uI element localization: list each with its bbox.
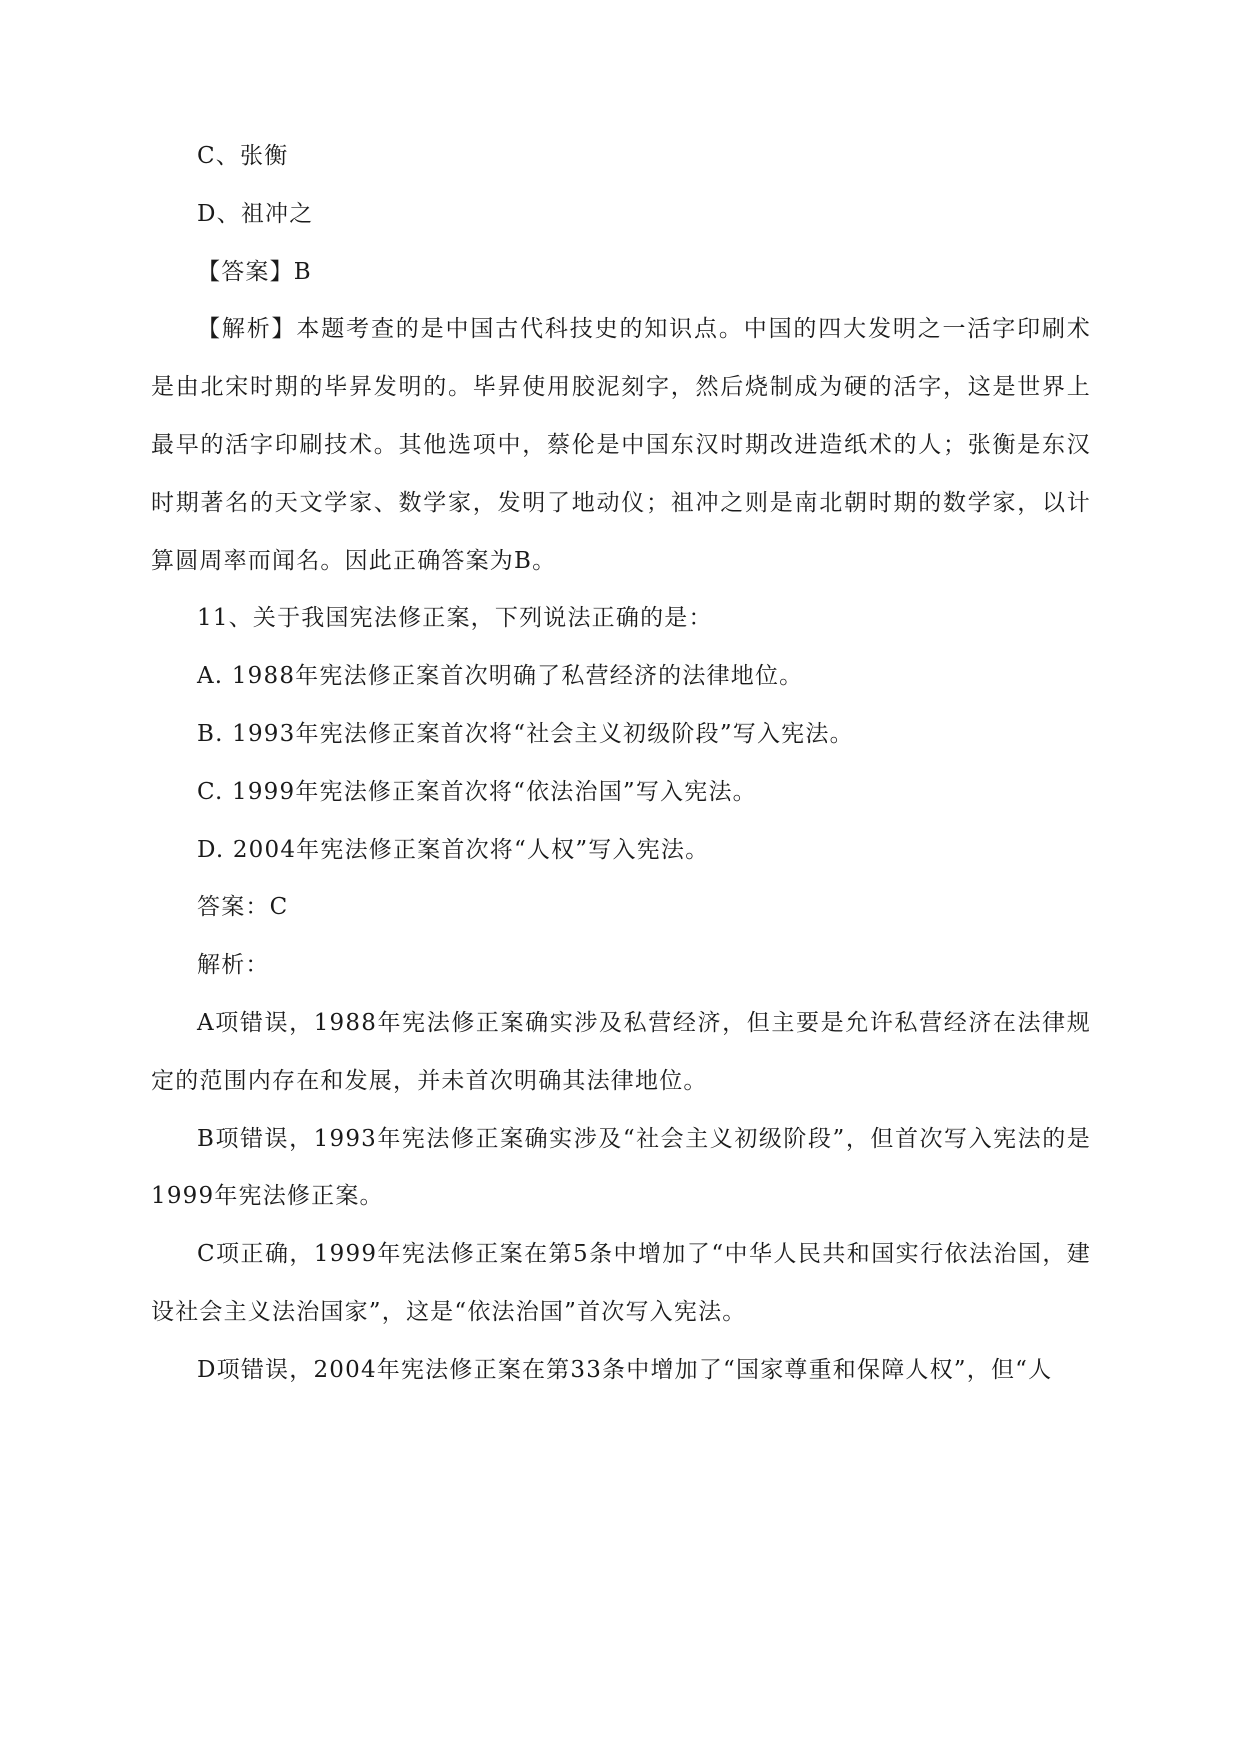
analysis-item-d: D项错误，2004年宪法修正案在第33条中增加了“国家尊重和保障人权”，但“人 xyxy=(151,1342,1091,1400)
question-11-option-b: B. 1993年宪法修正案首次将“社会主义初级阶段”写入宪法。 xyxy=(151,706,1091,764)
question-11-option-c: C. 1999年宪法修正案首次将“依法治国”写入宪法。 xyxy=(151,764,1091,822)
analysis-item-b: B项错误，1993年宪法修正案确实涉及“社会主义初级阶段”，但首次写入宪法的是1… xyxy=(151,1111,1091,1227)
answer-label: 【答案】B xyxy=(151,244,1091,302)
analysis-paragraph: 【解析】本题考查的是中国古代科技史的知识点。中国的四大发明之一活字印刷术是由北宋… xyxy=(151,301,1091,590)
question-11-option-d: D. 2004年宪法修正案首次将“人权”写入宪法。 xyxy=(151,822,1091,880)
question-11-analysis-heading: 解析： xyxy=(151,937,1091,995)
option-c: C、张衡 xyxy=(151,128,1091,186)
question-11-stem: 11、关于我国宪法修正案，下列说法正确的是： xyxy=(151,590,1091,648)
option-d: D、祖冲之 xyxy=(151,186,1091,244)
question-11-option-a: A. 1988年宪法修正案首次明确了私营经济的法律地位。 xyxy=(151,648,1091,706)
question-11-answer: 答案：C xyxy=(151,879,1091,937)
document-page: C、张衡 D、祖冲之 【答案】B 【解析】本题考查的是中国古代科技史的知识点。中… xyxy=(151,128,1091,1400)
analysis-item-c: C项正确，1999年宪法修正案在第5条中增加了“中华人民共和国实行依法治国，建设… xyxy=(151,1226,1091,1342)
analysis-item-a: A项错误，1988年宪法修正案确实涉及私营经济，但主要是允许私营经济在法律规定的… xyxy=(151,995,1091,1111)
